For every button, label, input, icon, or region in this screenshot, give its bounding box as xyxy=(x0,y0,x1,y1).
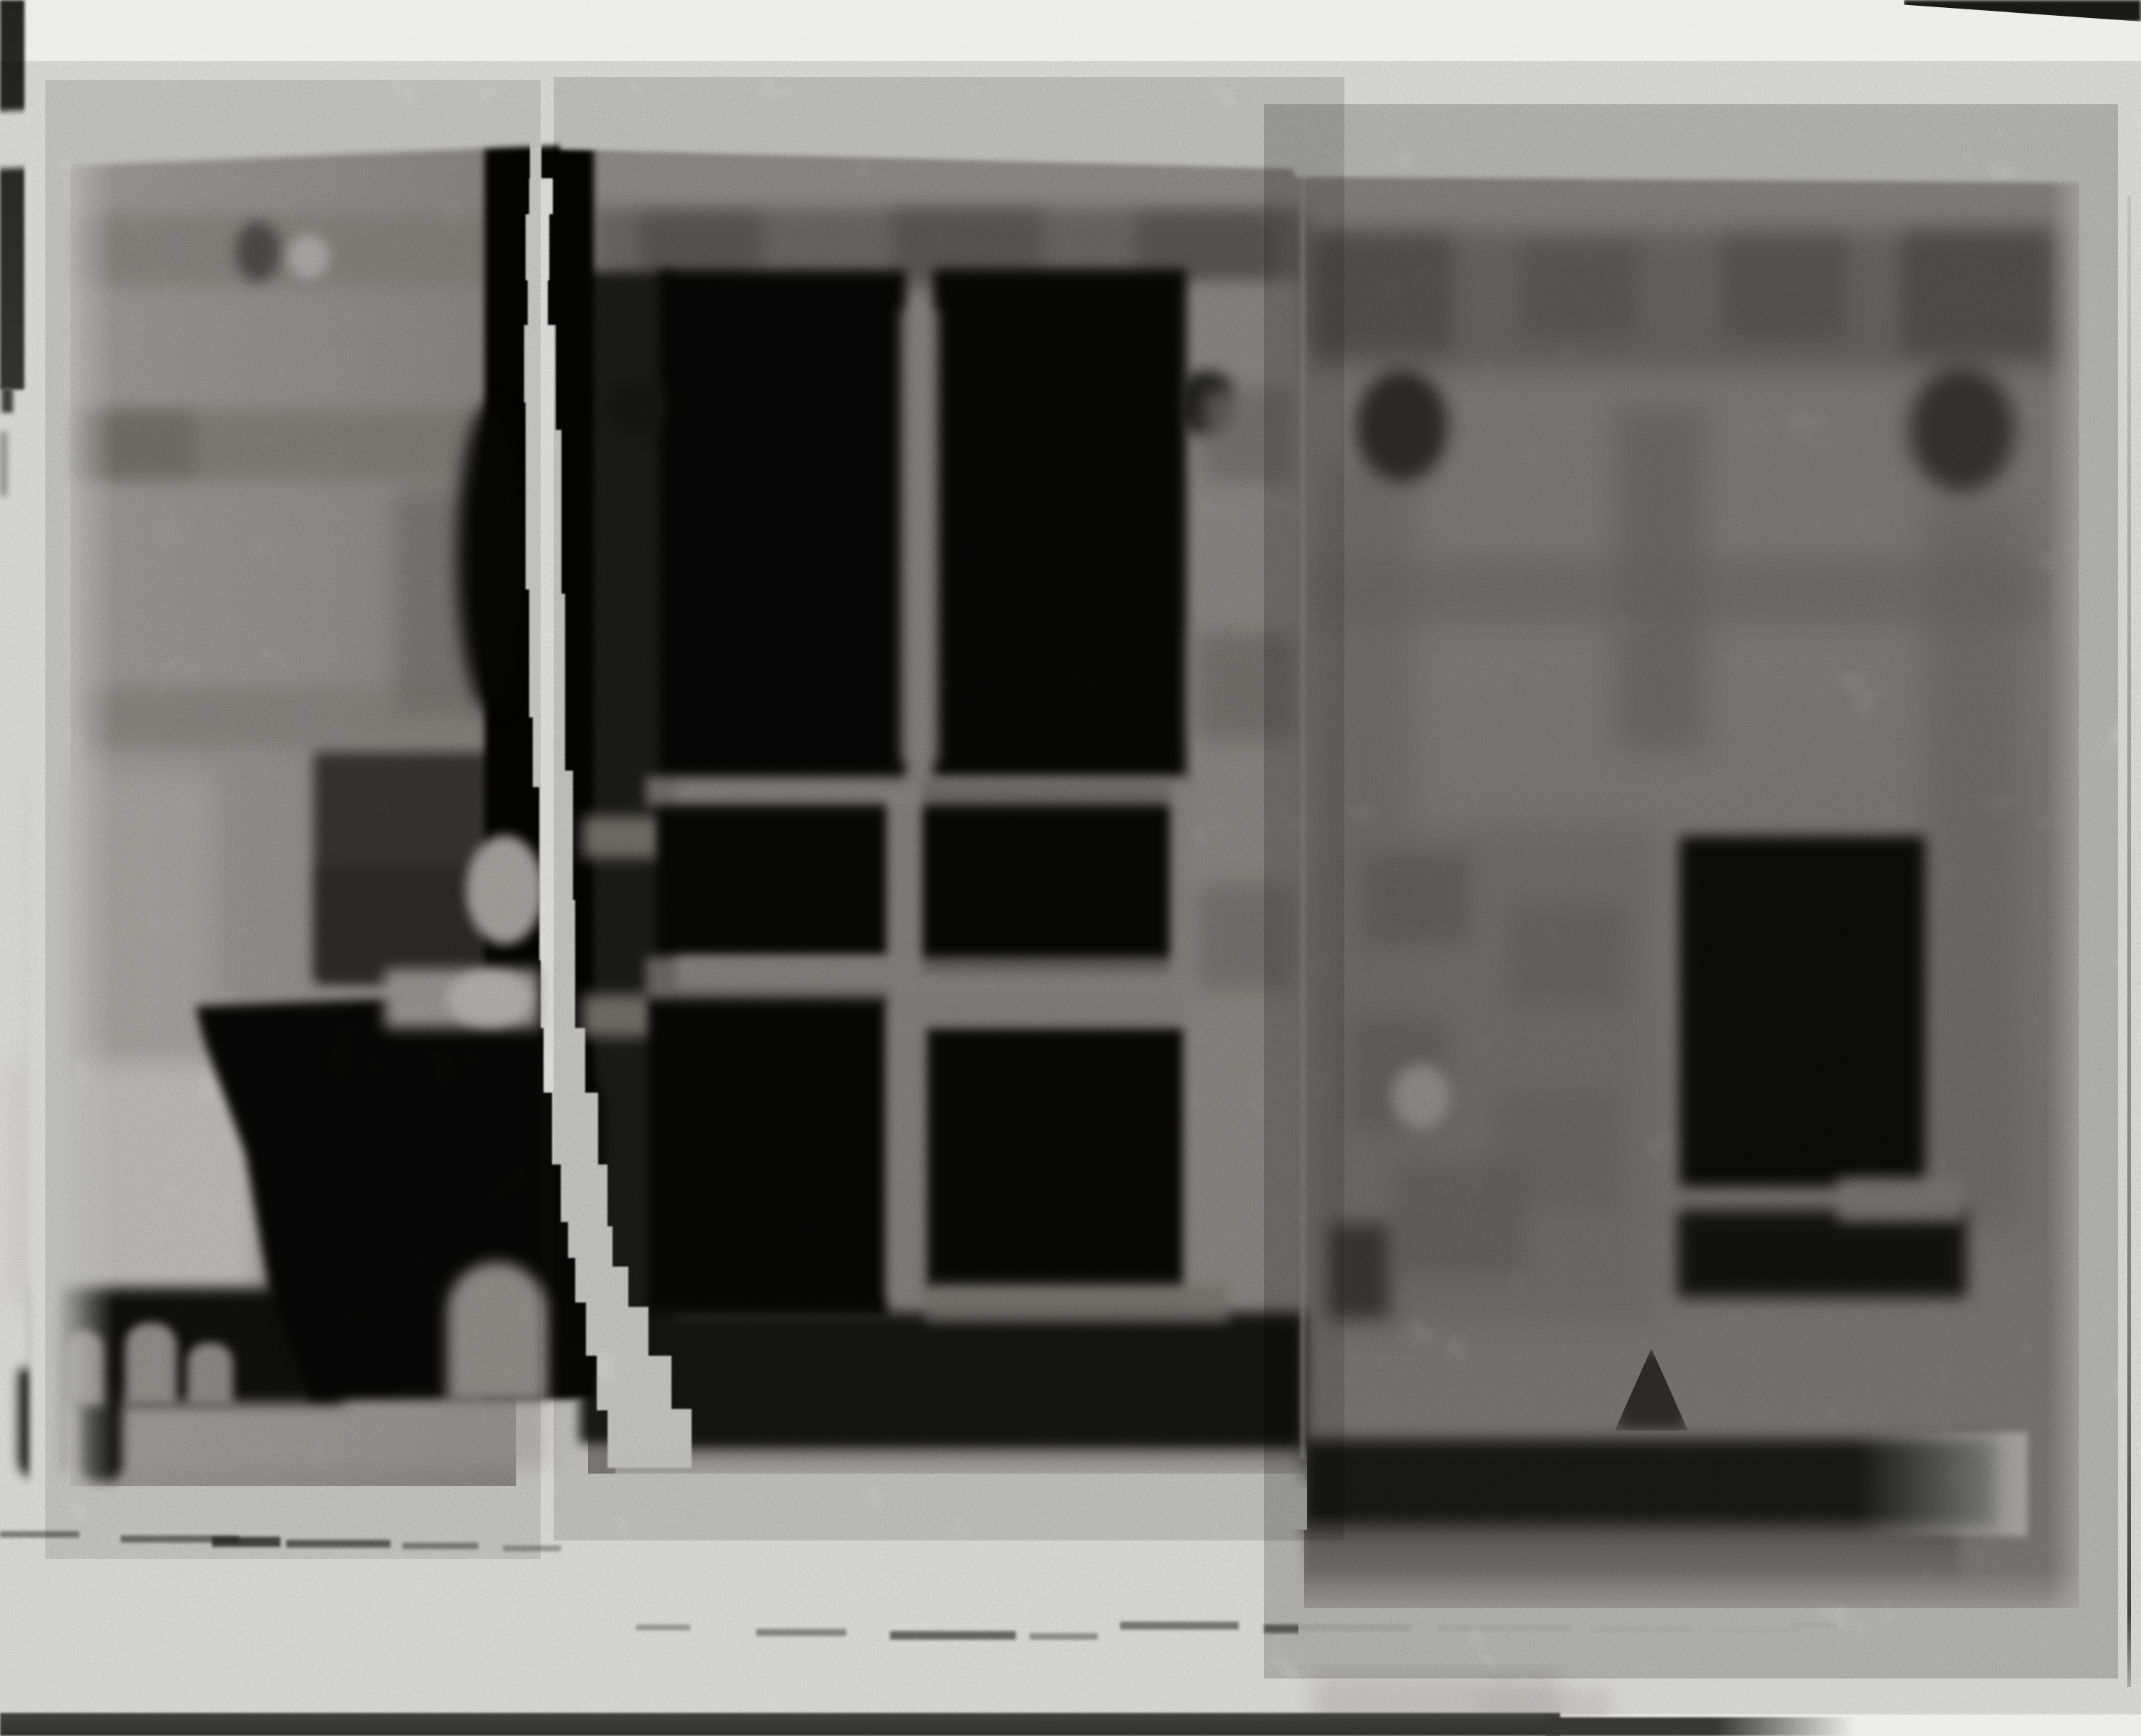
rp-light-gap xyxy=(1838,1177,1963,1222)
rp-bottom-smudge-1 xyxy=(1312,1673,1560,1725)
crease-dash-a6 xyxy=(503,1546,561,1551)
crease-dash-a4 xyxy=(286,1540,390,1548)
lp-shadow-band-mid-left xyxy=(72,413,194,477)
crease-dash-b6 xyxy=(1264,1625,1411,1633)
middle-panel-bottom-fade xyxy=(615,1443,1307,1530)
lp-white-blob xyxy=(7,1062,259,1303)
grain-photo-area xyxy=(43,137,2092,1639)
rp-dark-triangle xyxy=(1615,1349,1688,1430)
crease-dash-b7 xyxy=(1438,1625,1571,1632)
scanned-photograph-page xyxy=(0,0,2141,1736)
crease-dash-a3 xyxy=(212,1537,280,1547)
rp-scallop-3 xyxy=(1722,236,1848,340)
left-edge-strip-fragment xyxy=(1,388,13,413)
window-sill-light-band xyxy=(926,1284,1228,1323)
bottom-dark-strip-left xyxy=(0,1713,1560,1736)
mp-top-scallop-2 xyxy=(891,210,1042,282)
rp-faint-column-left xyxy=(1324,460,1414,1330)
white-cover-middle-top xyxy=(560,92,1381,171)
rp-faint-column-right xyxy=(1924,503,2021,1229)
rp-mottle-patch-1 xyxy=(1365,854,1469,944)
mp-top-scallop-1 xyxy=(640,214,762,283)
window-mullion-vertical-top xyxy=(900,309,939,762)
middle-photo-panel-base xyxy=(588,142,1307,1474)
rp-light-blob xyxy=(1392,1064,1451,1130)
lp-dark-square-block xyxy=(313,752,523,983)
lp-dark-column xyxy=(394,489,505,712)
lp-faint-band-low xyxy=(78,686,502,748)
top-right-corner-wedge xyxy=(1904,0,2141,22)
lp-bright-teardrop xyxy=(447,970,532,1027)
left-photo-panel-base xyxy=(70,145,516,1486)
frame-right-dapple-2 xyxy=(1196,633,1297,740)
window-mullion-horizontal-2 xyxy=(646,957,1188,999)
frame-right-dapple-3 xyxy=(1196,884,1297,992)
rp-small-dark-block xyxy=(1330,1223,1389,1318)
crease-dash-a1 xyxy=(0,1531,79,1538)
frame-light-wisp-1 xyxy=(582,817,671,858)
crease-dash-b9 xyxy=(1710,1629,1800,1635)
mp-top-scallop-3 xyxy=(1136,214,1273,286)
rp-scallop-4 xyxy=(1902,231,2049,355)
crease-dash-b8 xyxy=(1590,1627,1695,1634)
right-panel-right-fade xyxy=(2048,165,2112,1617)
dark-silhouette-lower-left xyxy=(196,995,604,1400)
rp-bottom-band-right-fade xyxy=(1855,1432,2027,1536)
rp-faint-column-center xyxy=(1614,406,1706,751)
window-mullion-vertical-bottom xyxy=(886,999,927,1301)
crease-dash-b10 xyxy=(1792,1623,1838,1628)
lp-light-wisp xyxy=(385,969,539,1028)
lp-below-gray-wash xyxy=(40,1400,550,1469)
film-streak-black xyxy=(485,139,594,1397)
lp-light-column xyxy=(40,773,212,1089)
crease-dash-a5 xyxy=(403,1543,478,1549)
crease-dash-b2 xyxy=(756,1629,846,1636)
rp-scallop-1 xyxy=(1313,234,1453,353)
rp-mottle-patch-3 xyxy=(1350,1019,1447,1131)
left-panel-left-fade xyxy=(29,137,115,1502)
right-edge-thin-line xyxy=(2127,196,2131,1687)
rp-bottom-dark-band xyxy=(1301,1439,1997,1527)
lp-dark-spot xyxy=(236,221,280,282)
window-pane-top-right xyxy=(933,269,1186,781)
rp-mottle-patch-4 xyxy=(1493,1091,1618,1210)
lp-upper-shadow-band xyxy=(72,214,503,286)
mottle-middle-panel xyxy=(590,144,1308,1474)
rp-scallop-2 xyxy=(1521,243,1639,340)
silhouette-and-tear-layer xyxy=(0,0,2141,1736)
film-streak-bulge-lower xyxy=(471,1150,546,1387)
window-mullion-horizontal-1 xyxy=(646,776,1192,805)
right-photo-panel-base xyxy=(1304,174,2079,1608)
rp-inner-mottle-field xyxy=(1336,825,1656,1325)
window-pane-bottom-left xyxy=(648,989,888,1318)
lp-light-oval xyxy=(466,835,544,945)
rp-big-dark-pane xyxy=(1679,836,1925,1187)
rp-mid-shadow-band xyxy=(1314,557,2040,625)
rp-mottle-patch-5 xyxy=(1393,1163,1526,1275)
film-streak-bulge-upper xyxy=(457,403,526,712)
frame-right-dapple-1 xyxy=(1202,388,1296,482)
window-frame-right-light xyxy=(1185,282,1306,1314)
lp-light-spot xyxy=(288,234,329,279)
crease-dash-b5 xyxy=(1120,1622,1239,1630)
window-frame-left-dark xyxy=(579,272,676,1443)
white-cover-right-top xyxy=(1294,131,2141,183)
fence-light-bar-2 xyxy=(125,1323,177,1405)
rp-dark-bar xyxy=(1677,1210,1966,1298)
white-cover-left-top xyxy=(0,86,590,170)
window-pane-mid-left xyxy=(656,798,886,956)
lp-shadow-band-mid xyxy=(72,410,503,480)
left-edge-dark-strip xyxy=(0,0,24,390)
rp-dark-knot-left xyxy=(1356,370,1448,482)
mottle-left-panel xyxy=(68,147,518,1492)
mp-top-light-strip xyxy=(595,152,1303,210)
frame-knob-left xyxy=(608,380,665,433)
mp-bottom-dark-band xyxy=(646,1313,1305,1449)
crease-dash-a2 xyxy=(121,1535,239,1543)
lp-silhouette-light-column xyxy=(447,1262,546,1403)
crease-dash-b4 xyxy=(1030,1633,1098,1640)
frame-knob-right xyxy=(1180,372,1234,436)
film-tear-white-crack xyxy=(524,137,692,1468)
bottom-dark-strip-right xyxy=(1546,1717,1855,1736)
rp-dark-knot-right xyxy=(1909,367,2015,492)
left-edge-strip-dashes xyxy=(0,431,7,496)
fence-light-bar-3 xyxy=(187,1343,233,1406)
panel-seam-light xyxy=(1300,165,1306,1459)
mp-top-shadow-band xyxy=(594,208,1306,286)
rp-bottom-band-tail xyxy=(1305,1520,1959,1589)
fence-light-bar-1 xyxy=(65,1330,104,1405)
film-grain-overlay xyxy=(0,0,2141,1736)
fence-dark-stub-1 xyxy=(19,1369,65,1477)
crease-dash-b1 xyxy=(636,1625,690,1630)
rp-mottle-patch-2 xyxy=(1507,904,1626,1009)
window-pane-top-left xyxy=(659,270,906,784)
mottle-right-panel xyxy=(1303,176,2079,1607)
window-pane-bottom-right xyxy=(924,1029,1183,1289)
frame-light-wisp-2 xyxy=(582,995,671,1037)
lp-dark-square-lower xyxy=(319,866,518,980)
fence-dark-band xyxy=(37,1288,343,1403)
fence-dark-stub-2 xyxy=(79,1384,122,1481)
crease-dash-b3 xyxy=(890,1631,1016,1640)
window-pane-mid-right xyxy=(922,784,1170,973)
rp-bottom-smudge-2 xyxy=(1477,1688,1610,1725)
right-panel-bottom-fade xyxy=(1298,1571,2089,1664)
grain-full-page xyxy=(0,0,2141,1736)
rp-top-shadow-band xyxy=(1307,231,2071,372)
